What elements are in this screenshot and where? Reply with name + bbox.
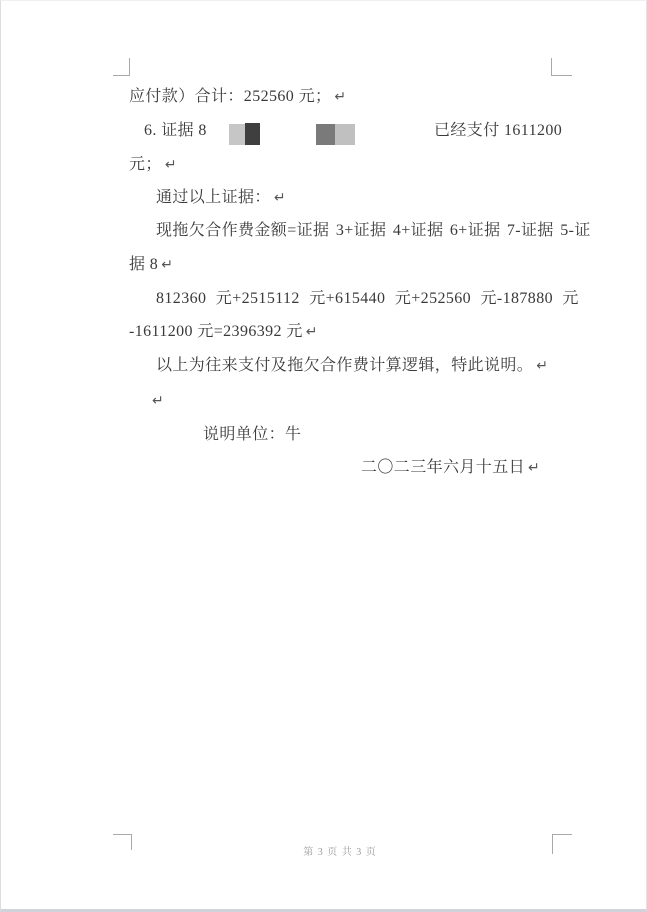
text-run: 说明单位：牛 — [203, 426, 301, 443]
text-run: 6. 证据 8 — [144, 122, 207, 139]
paragraph-mark-icon: ↵ — [161, 257, 173, 273]
redaction-block-1-left — [229, 124, 245, 145]
text-run: 以上为往来支付及拖欠合作费计算逻辑，特此说明。 — [156, 357, 533, 374]
text-line-total-payable: 应付款）合计：252560 元；↵ — [129, 86, 347, 108]
text-run: 已经支付 1611200 — [434, 122, 562, 139]
text-run: 二〇二三年六月十五日 — [361, 459, 525, 476]
paragraph-mark-icon: ↵ — [536, 358, 548, 374]
text-line-empty-paragraph: ↵ — [152, 390, 164, 412]
text-line-evidence8-paid: 已经支付 1611200 — [434, 120, 562, 141]
text-line-formula-part1: 现拖欠合作费金额=证据 3+证据 4+证据 6+证据 7-证据 5-证 — [156, 220, 591, 241]
text-run: 元； — [129, 156, 162, 173]
crop-mark-bottom-right-icon — [552, 834, 572, 854]
text-run: 应付款）合计：252560 元； — [129, 88, 331, 105]
crop-mark-top-left-icon — [113, 58, 130, 76]
text-line-calculation-part1: 812360 元+2515112 元+615440 元+252560 元-187… — [156, 288, 579, 309]
text-line-evidence8-prefix: 6. 证据 8 — [144, 120, 207, 141]
text-run: 现拖欠合作费金额=证据 3+证据 4+证据 6+证据 7-证据 5-证 — [156, 222, 591, 239]
paragraph-mark-icon: ↵ — [528, 460, 540, 476]
text-line-calculation-part2: -1611200 元=2396392 元↵ — [129, 321, 318, 343]
text-line-yuan-continuation: 元；↵ — [129, 154, 177, 176]
paragraph-mark-icon: ↵ — [165, 157, 177, 173]
document-page: 应付款）合计：252560 元；↵ 6. 证据 8 已经支付 1611200 元… — [0, 0, 647, 912]
text-run: 据 8 — [129, 256, 158, 273]
text-run: 通过以上证据： — [156, 189, 271, 206]
paragraph-mark-icon: ↵ — [306, 324, 318, 340]
text-run: -1611200 元=2396392 元 — [129, 323, 303, 340]
text-line-date: 二〇二三年六月十五日↵ — [361, 457, 540, 479]
paragraph-mark-icon: ↵ — [152, 393, 164, 409]
text-run: 812360 元+2515112 元+615440 元+252560 元-187… — [156, 290, 579, 307]
page-number-footer: 第 3 页 共 3 页 — [129, 843, 551, 858]
paragraph-mark-icon: ↵ — [274, 190, 286, 206]
paragraph-mark-icon: ↵ — [334, 89, 346, 105]
text-line-through-evidence: 通过以上证据：↵ — [156, 187, 286, 209]
redaction-block-2-right — [335, 124, 355, 145]
redaction-block-2-left — [316, 124, 335, 145]
crop-mark-top-right-icon — [551, 58, 572, 76]
text-line-formula-part2: 据 8↵ — [129, 254, 173, 276]
text-line-closing-statement: 以上为往来支付及拖欠合作费计算逻辑，特此说明。↵ — [156, 355, 548, 377]
text-line-issuing-unit: 说明单位：牛 — [203, 424, 301, 445]
redaction-block-1-right — [245, 123, 260, 145]
